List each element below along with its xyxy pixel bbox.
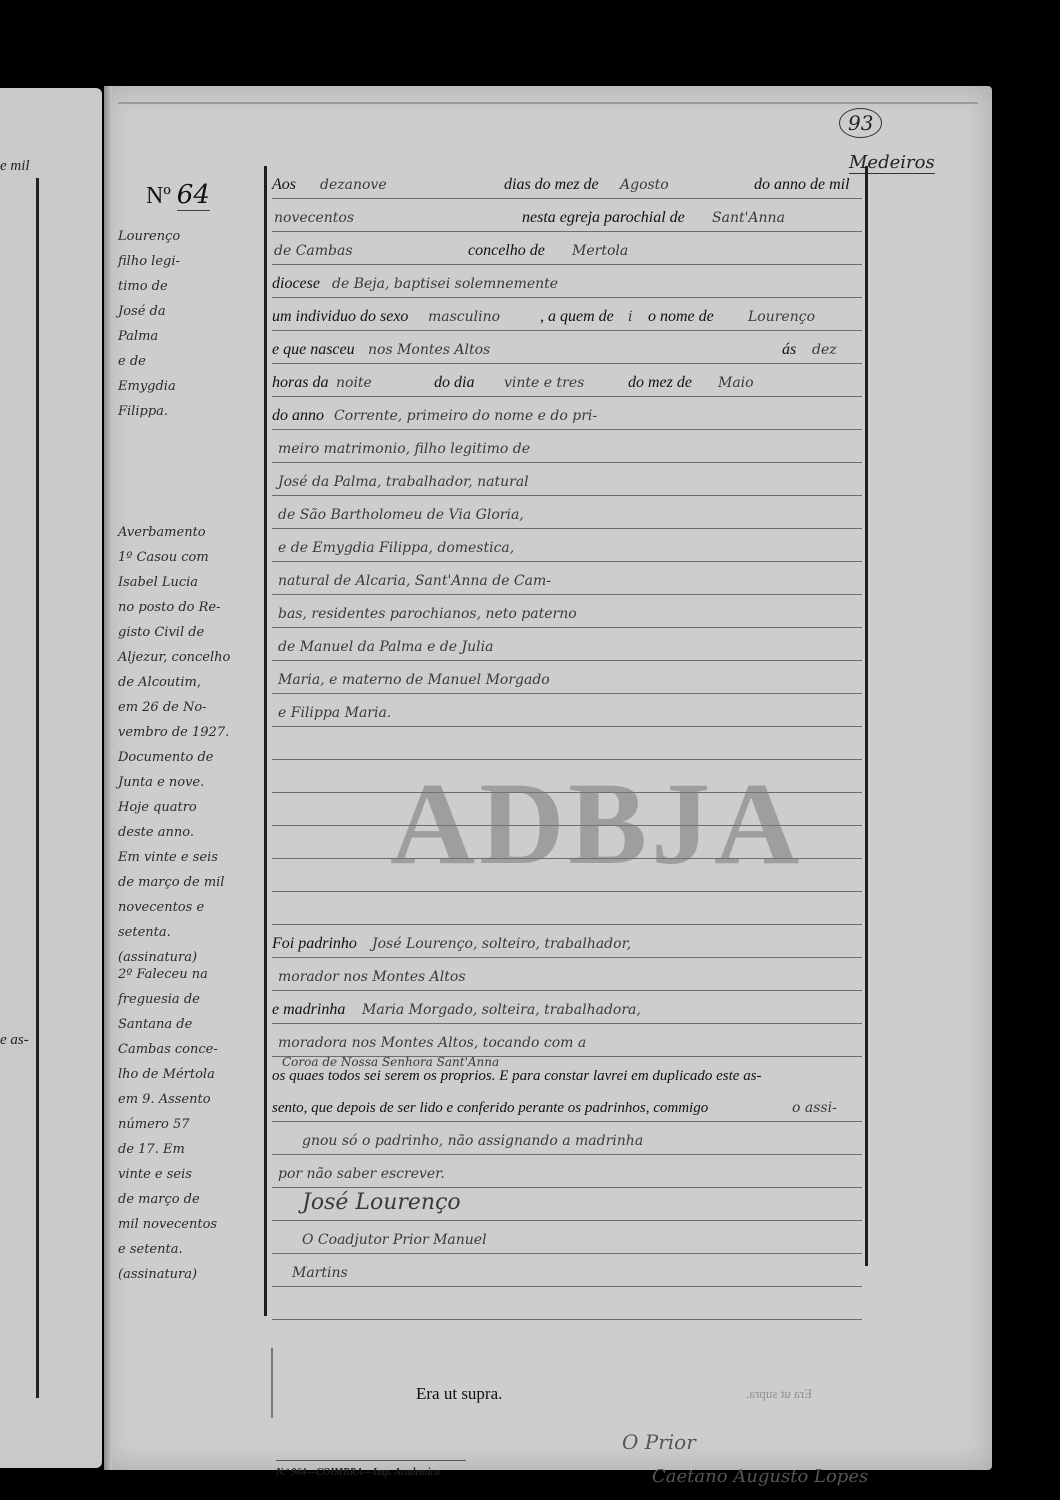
form-line: Foi padrinhoJosé Lourenço, solteiro, tra…: [272, 925, 862, 958]
handwritten-text: meiro matrimonio, filho legitimo de: [278, 441, 530, 457]
form-line: do annoCorrente, primeiro do nome e do p…: [272, 397, 862, 430]
handwritten-text: por não saber escrever.: [278, 1166, 445, 1182]
handwritten-text: José Lourenço, solteiro, trabalhador,: [372, 936, 631, 952]
printed-text: dias do mez de: [504, 176, 599, 194]
margin-note-line: de 17. Em: [118, 1137, 263, 1162]
printed-text: sento, que depois de ser lido e conferid…: [272, 1100, 708, 1117]
handwritten-text: O Coadjutor Prior Manuel: [302, 1232, 487, 1248]
margin-note-line: Cambas conce-: [118, 1037, 263, 1062]
margin-note-line: 2º Faleceu na: [118, 962, 263, 987]
page-number-stamp: 93 Medeiros: [839, 108, 882, 138]
handwritten-text: de Beja, baptisei solemnemente: [332, 276, 558, 292]
entry-number-value: 64: [177, 180, 210, 211]
margin-averbamento: Averbamento1º Casou comIsabel Luciano po…: [118, 520, 263, 970]
watermark: ADBJA: [390, 756, 803, 892]
form-line: José Lourenço: [272, 1188, 862, 1221]
form-line: novecentosnesta egreja parochial deSant'…: [272, 199, 862, 232]
margin-note-line: em 9. Assento: [118, 1087, 263, 1112]
margin-note-line: Em vinte e seis: [118, 845, 263, 870]
handwritten-text: Agosto: [620, 177, 669, 193]
printed-text: e madrinha: [272, 1001, 345, 1019]
handwritten-text: dezanove: [320, 177, 387, 193]
handwritten-text: Lourenço: [748, 309, 815, 325]
margin-note-line: timo de: [118, 274, 263, 299]
handwritten-text: Maio: [718, 375, 754, 391]
margin-note-line: vembro de 1927.: [118, 720, 263, 745]
handwritten-text: Maria, e materno de Manuel Morgado: [278, 672, 550, 688]
margin-note-line: gisto Civil de: [118, 620, 263, 645]
form-line: [272, 1287, 862, 1320]
left-page-rule: [36, 178, 39, 1398]
handwritten-text: morador nos Montes Altos: [278, 969, 466, 985]
entry-number: Nº64: [146, 180, 210, 210]
margin-note-line: setenta.: [118, 920, 263, 945]
printed-text: ás: [782, 341, 796, 359]
handwritten-text: natural de Alcaria, Sant'Anna de Cam-: [278, 573, 551, 589]
form-line: de São Bartholomeu de Via Gloria,: [272, 496, 862, 529]
printed-text: do anno de mil: [754, 176, 850, 194]
margin-note-line: Palma: [118, 324, 263, 349]
left-page-edge: e mil e as-: [0, 88, 102, 1468]
handwritten-text: nos Montes Altos: [368, 342, 490, 358]
form-line: de Cambasconcelho deMertola: [272, 232, 862, 265]
form-line: natural de Alcaria, Sant'Anna de Cam-: [272, 562, 862, 595]
handwritten-text: Mertola: [572, 243, 628, 259]
margin-note-line: de março de mil: [118, 870, 263, 895]
form-line: gnou só o padrinho, não assignando a mad…: [272, 1122, 862, 1155]
handwritten-text: Maria Morgado, solteira, trabalhadora,: [362, 1002, 641, 1018]
margin-rule: [264, 166, 267, 1316]
form-line: [272, 892, 862, 925]
margin-note-line: vinte e seis: [118, 1162, 263, 1187]
margin-note-line: e de: [118, 349, 263, 374]
godfather-signature: José Lourenço: [302, 1190, 461, 1215]
register-page: 93 Medeiros Nº64 Lourençofilho legi-timo…: [104, 86, 992, 1470]
form-line: José da Palma, trabalhador, natural: [272, 463, 862, 496]
handwritten-text: de Cambas: [274, 243, 353, 259]
handwritten-text: de Manuel da Palma e de Julia: [278, 639, 493, 655]
margin-note-line: Filippa.: [118, 399, 263, 424]
margin-note-line: Emygdia: [118, 374, 263, 399]
handwritten-text: José da Palma, trabalhador, natural: [278, 474, 529, 490]
top-rule: [118, 102, 978, 104]
printer-imprint: N.º 964—COIMBRA—Imp. Academica: [276, 1460, 466, 1478]
margin-note-line: Documento de: [118, 745, 263, 770]
priest-signature-line-1: O Prior: [622, 1430, 696, 1454]
margin-note-line: em 26 de No-: [118, 695, 263, 720]
margin-note-line: deste anno.: [118, 820, 263, 845]
printed-text: um individuo do sexo: [272, 308, 408, 326]
margin-note-line: número 57: [118, 1112, 263, 1137]
margin-note-line: Lourenço: [118, 224, 263, 249]
handwritten-text: e Filippa Maria.: [278, 705, 391, 721]
handwritten-text: bas, residentes parochianos, neto patern…: [278, 606, 577, 622]
form-line: diocesede Beja, baptisei solemnemente: [272, 265, 862, 298]
form-line: O Coadjutor Prior Manuel: [272, 1221, 862, 1254]
printed-text: nesta egreja parochial de: [522, 209, 685, 227]
printed-text: do mez de: [628, 374, 692, 392]
form-line: e que nasceunos Montes Altosásdez: [272, 331, 862, 364]
margin-note-line: de Alcoutim,: [118, 670, 263, 695]
printed-text: os quaes todos sei serem os proprios. E …: [272, 1068, 762, 1085]
margin-note-death: 2º Faleceu nafreguesia deSantana deCamba…: [118, 962, 263, 1287]
margin-note-line: Santana de: [118, 1012, 263, 1037]
form-line: e de Emygdia Filippa, domestica,: [272, 529, 862, 562]
lower-rule: [271, 1348, 273, 1418]
margin-note-line: 1º Casou com: [118, 545, 263, 570]
form-line: Maria, e materno de Manuel Morgado: [272, 661, 862, 694]
era-ut-supra: Era ut supra.: [416, 1384, 502, 1404]
left-page-fragment: e as-: [0, 1032, 32, 1049]
handwritten-text: Sant'Anna: [712, 210, 785, 226]
form-line: sento, que depois de ser lido e conferid…: [272, 1089, 862, 1122]
handwritten-text: masculino: [428, 309, 500, 325]
handwritten-text: Corrente, primeiro do nome e do pri-: [334, 408, 597, 424]
margin-note-line: Hoje quatro: [118, 795, 263, 820]
margin-note-line: lho de Mértola: [118, 1062, 263, 1087]
form-line: Aosdezanovedias do mez deAgostodo anno d…: [272, 166, 862, 199]
form-line: bas, residentes parochianos, neto patern…: [272, 595, 862, 628]
printed-text: horas da: [272, 374, 328, 392]
handwritten-text: vinte e tres: [504, 375, 584, 391]
margin-note-line: e setenta.: [118, 1237, 263, 1262]
handwritten-text: o assi-: [792, 1100, 837, 1116]
printed-text: Aos: [272, 176, 296, 194]
handwritten-text: e de Emygdia Filippa, domestica,: [278, 540, 514, 556]
printed-text: e que nasceu: [272, 341, 355, 359]
printed-text: Foi padrinho: [272, 935, 357, 953]
margin-note-line: freguesia de: [118, 987, 263, 1012]
form-line: Martins: [272, 1254, 862, 1287]
right-rule: [865, 166, 868, 1266]
handwritten-text: de São Bartholomeu de Via Gloria,: [278, 507, 524, 523]
form-line: e madrinhaMaria Morgado, solteira, traba…: [272, 991, 862, 1024]
margin-note-line: Aljezur, concelho: [118, 645, 263, 670]
priest-signature-line-2: Caetano Augusto Lopes: [652, 1466, 868, 1487]
margin-note-line: Junta e nove.: [118, 770, 263, 795]
form-line: e Filippa Maria.: [272, 694, 862, 727]
handwritten-text: dez: [812, 342, 837, 358]
margin-note-line: filho legi-: [118, 249, 263, 274]
form-line: Coroa de Nossa Senhora Sant'Annaos quaes…: [272, 1057, 862, 1089]
printed-text: diocese: [272, 275, 320, 293]
form-line: moradora nos Montes Altos, tocando com a: [272, 1024, 862, 1057]
margin-note-line: de março de: [118, 1187, 263, 1212]
handwritten-text: noite: [336, 375, 372, 391]
handwritten-text: gnou só o padrinho, não assignando a mad…: [302, 1133, 643, 1149]
printed-text: o nome de: [648, 308, 714, 326]
form-line: um individuo do sexomasculino, a quem de…: [272, 298, 862, 331]
printed-text: do anno: [272, 407, 324, 425]
form-line: de Manuel da Palma e de Julia: [272, 628, 862, 661]
handwritten-text: Coroa de Nossa Senhora Sant'Anna: [282, 1055, 499, 1069]
baptism-form: Aosdezanovedias do mez deAgostodo anno d…: [272, 166, 862, 1320]
margin-note-line: (assinatura): [118, 1262, 263, 1287]
margin-note-line: mil novecentos: [118, 1212, 263, 1237]
margin-note-line: novecentos e: [118, 895, 263, 920]
form-line: meiro matrimonio, filho legitimo de: [272, 430, 862, 463]
handwritten-text: i: [628, 309, 632, 325]
handwritten-text: Martins: [292, 1265, 348, 1281]
margin-note-line: Averbamento: [118, 520, 263, 545]
margin-note-line: no posto do Re-: [118, 595, 263, 620]
form-line: morador nos Montes Altos: [272, 958, 862, 991]
margin-note-name: Lourençofilho legi-timo deJosé daPalmae …: [118, 224, 263, 424]
form-line: horas danoitedo diavinte e tresdo mez de…: [272, 364, 862, 397]
printed-text: , a quem de: [540, 308, 614, 326]
bleed-through-text: Era ut supra.: [746, 1386, 812, 1402]
margin-note-line: José da: [118, 299, 263, 324]
page-number: 93: [839, 108, 882, 138]
handwritten-text: novecentos: [274, 210, 354, 226]
margin-note-line: Isabel Lucia: [118, 570, 263, 595]
entry-label: Nº: [146, 183, 171, 209]
left-page-fragment: e mil: [0, 158, 32, 175]
handwritten-text: moradora nos Montes Altos, tocando com a: [278, 1035, 586, 1051]
printed-text: concelho de: [468, 242, 545, 260]
form-line: por não saber escrever.: [272, 1155, 862, 1188]
printed-text: do dia: [434, 374, 474, 392]
